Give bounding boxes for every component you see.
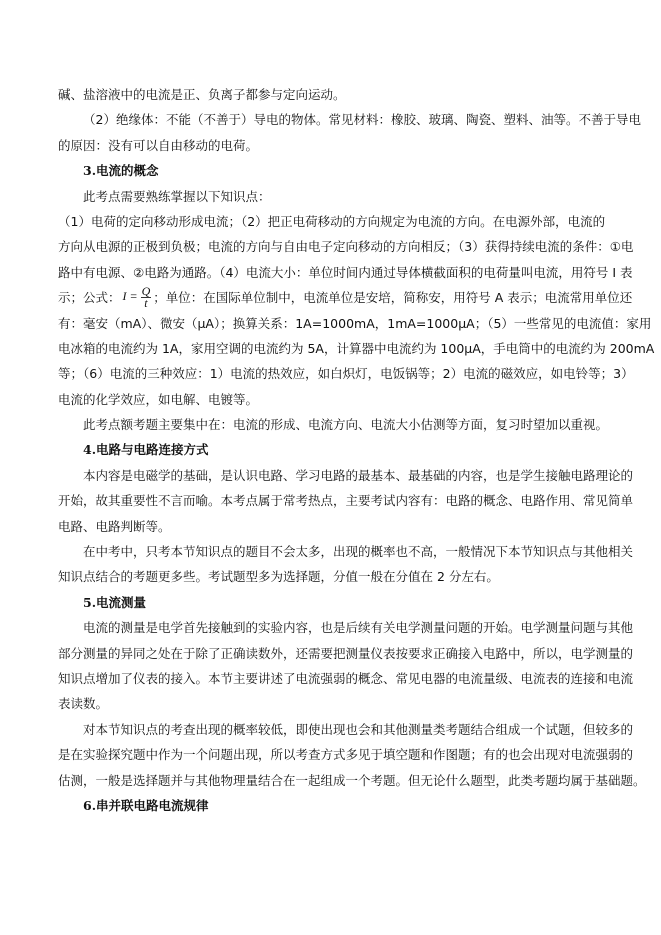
paragraph-line: 此考点需要熟练掌握以下知识点：	[58, 184, 603, 209]
paragraph-line: 表读数。	[58, 691, 603, 716]
document-page: 碱、盐溶液中的电流是正、负离子都参与定向运动。 （2）绝缘体：不能（不善于）导电…	[58, 82, 603, 818]
paragraph-line: 电流的化学效应，如电解、电镀等。	[58, 387, 603, 412]
paragraph-line: 在中考中，只考本节知识点的题目不会太多，出现的概率也不高，一般情况下本节知识点与…	[58, 539, 603, 564]
paragraph-line: （1）电荷的定向移动形成电流；（2）把正电荷移动的方向规定为电流的方向。在电源外…	[58, 209, 603, 234]
section-heading-6: 6.串并联电路电流规律	[58, 793, 603, 818]
paragraph-line: 估测，一般是选择题并与其他物理量结合在一起组成一个考题。但无论什么题型，此类考题…	[58, 768, 603, 793]
paragraph-line: 知识点增加了仪表的接入。本节主要讲述了电流强弱的概念、常见电器的电流量级、电流表…	[58, 666, 603, 691]
paragraph-line: 的原因：没有可以自由移动的电荷。	[58, 133, 603, 158]
section-heading-3: 3.电流的概念	[58, 158, 603, 183]
paragraph-line: 电路、电路判断等。	[58, 514, 603, 539]
current-formula: I = Qt	[123, 284, 152, 309]
paragraph-line: 对本节知识点的考查出现的概率较低，即使出现也会和其他测量类考题结合组成一个试题，…	[58, 717, 603, 742]
section-heading-4: 4.电路与电路连接方式	[58, 437, 603, 462]
paragraph-line: 电流的测量是电学首先接触到的实验内容，也是后续有关电学测量问题的开始。电学测量问…	[58, 615, 603, 640]
formula-lhs: I =	[123, 289, 138, 303]
formula-fraction: Qt	[141, 286, 152, 309]
formula-denominator: t	[141, 298, 152, 309]
paragraph-line: 有：毫安（mA）、微安（μA）；换算关系：1A=1000mA，1mA=1000μ…	[58, 311, 603, 336]
paragraph-line: 部分测量的异同之处在于除了正确读数外，还需要把测量仪表按要求正确接入电路中，所以…	[58, 641, 603, 666]
formula-line: 示；公式：I = Qt；单位：在国际单位制中，电流单位是安培，简称安，用符号 A…	[58, 285, 603, 310]
paragraph-line: 本内容是电磁学的基础，是认识电路、学习电路的最基本、最基础的内容，也是学生接触电…	[58, 463, 603, 488]
paragraph-line: 知识点结合的考题更多些。考试题型多为选择题，分值一般在分值在 2 分左右。	[58, 564, 603, 589]
paragraph-line: 路中有电源、②电路为通路。（4）电流大小：单位时间内通过导体横截面积的电荷量叫电…	[58, 260, 603, 285]
paragraph-line: 碱、盐溶液中的电流是正、负离子都参与定向运动。	[58, 82, 603, 107]
formula-label: 示；公式：	[58, 290, 121, 305]
paragraph-line: （2）绝缘体：不能（不善于）导电的物体。常见材料：橡胶、玻璃、陶瓷、塑料、油等。…	[58, 107, 603, 132]
formula-trailing-text: ；单位：在国际单位制中，电流单位是安培，简称安，用符号 A 表示；电流常用单位还	[153, 290, 632, 305]
section-heading-5: 5.电流测量	[58, 590, 603, 615]
paragraph-line: 方向从电源的正极到负极；电流的方向与自由电子定向移动的方向相反；（3）获得持续电…	[58, 234, 603, 259]
paragraph-line: 是在实验探究题中作为一个问题出现，所以考查方式多见于填空题和作图题；有的也会出现…	[58, 742, 603, 767]
paragraph-line: 开始，故其重要性不言而喻。本考点属于常考热点，主要考试内容有：电路的概念、电路作…	[58, 488, 603, 513]
paragraph-line: 此考点额考题主要集中在：电流的形成、电流方向、电流大小估测等方面，复习时望加以重…	[58, 412, 603, 437]
paragraph-line: 电冰箱的电流约为 1A，家用空调的电流约为 5A，计算器中电流约为 100μA，…	[58, 336, 603, 361]
paragraph-line: 等；（6）电流的三种效应：1）电流的热效应，如白炽灯，电饭锅等；2）电流的磁效应…	[58, 361, 603, 386]
